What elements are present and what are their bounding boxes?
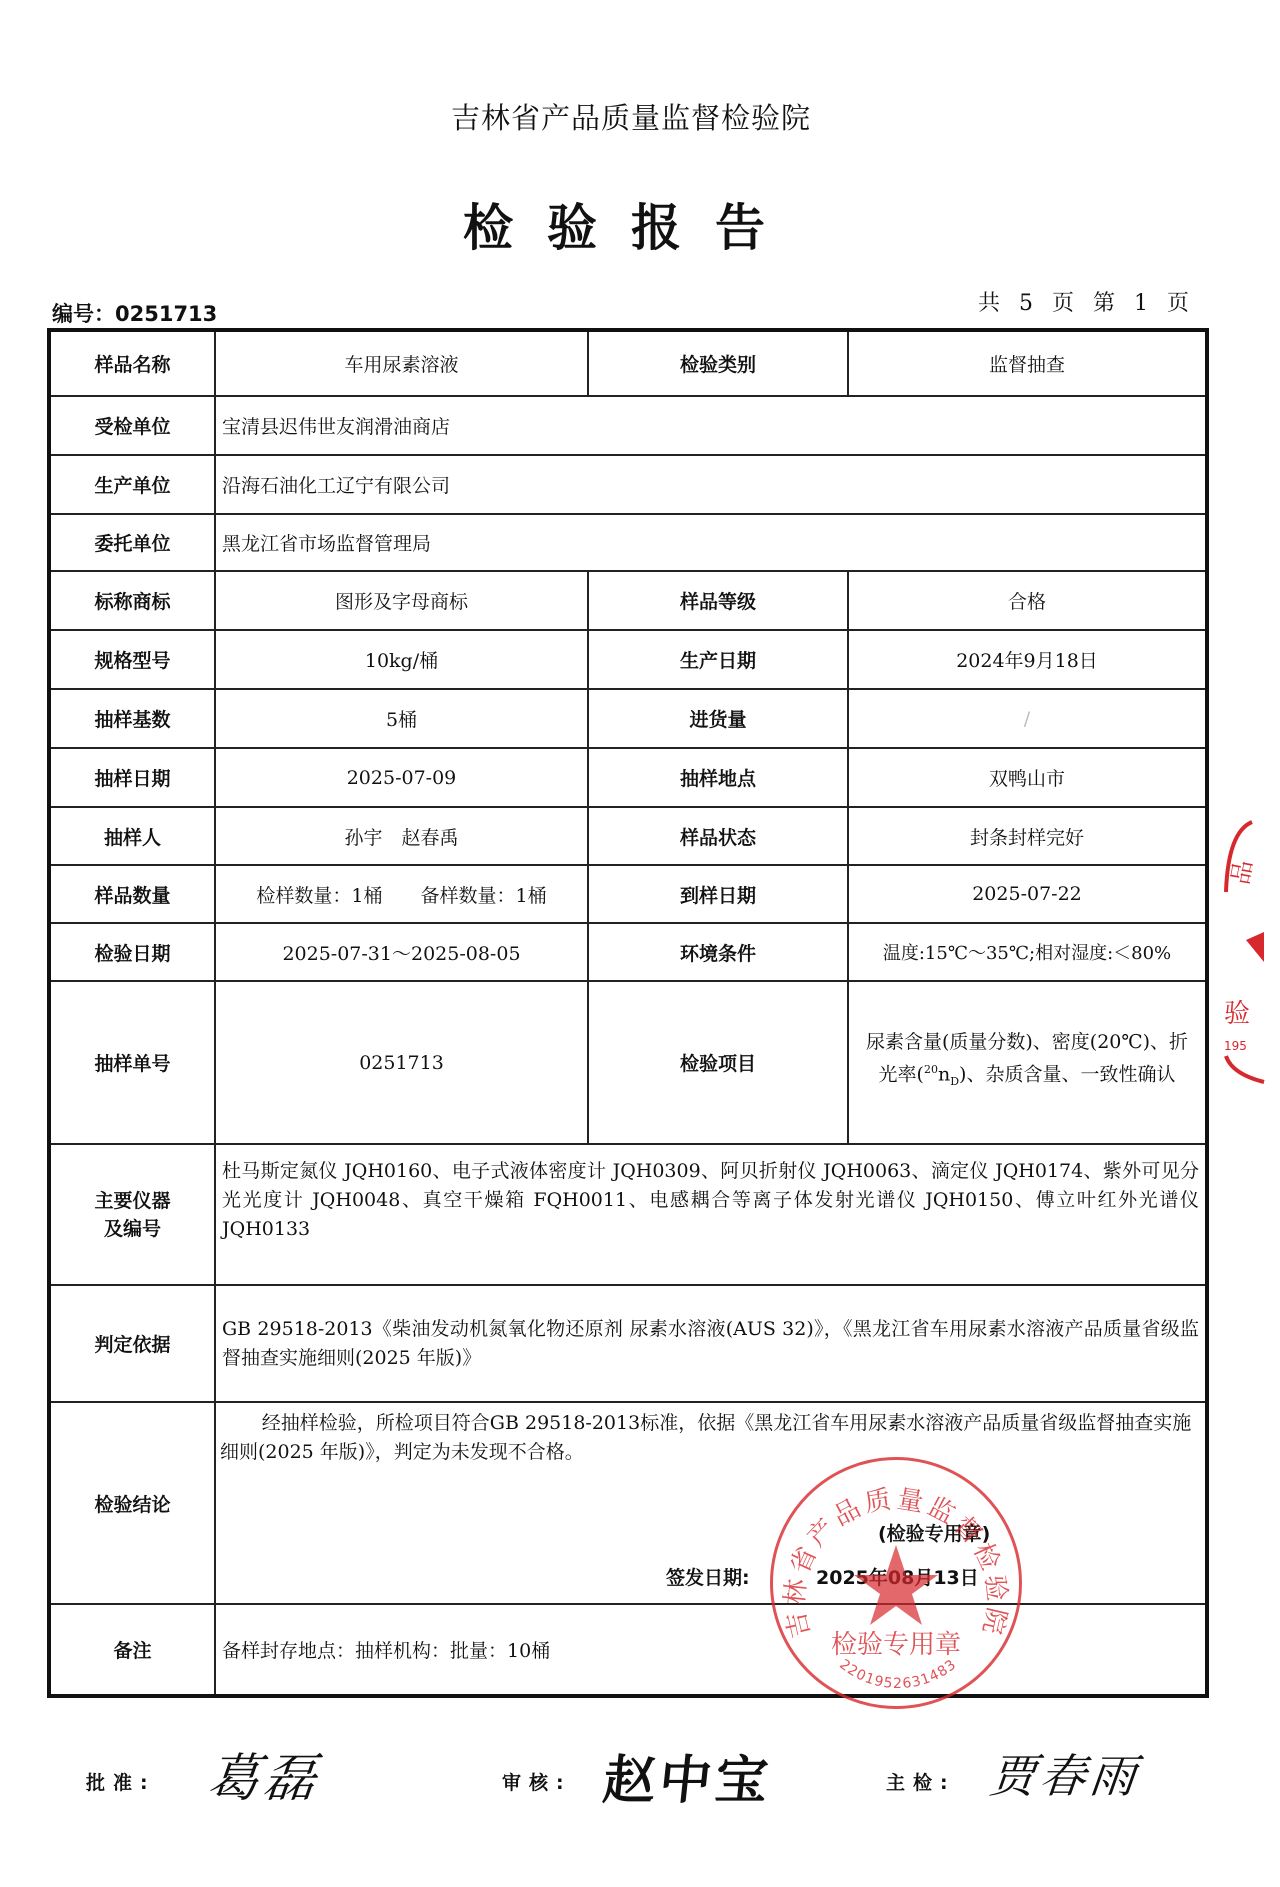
refraction-temp-superscript: 20	[924, 1063, 938, 1076]
approver-signature: 葛磊	[204, 1736, 324, 1811]
issue-date-label: 签发日期:	[666, 1563, 750, 1590]
table-row: 判定依据 GB 29518-2013《柴油发动机氮氧化物还原剂 尿素水溶液(AU…	[49, 1285, 1207, 1402]
purchase-qty-value: /	[848, 689, 1207, 748]
reviewer-signature: 赵中宝	[600, 1738, 776, 1813]
inspection-type-value: 监督抽查	[848, 330, 1207, 396]
commissioner-label: 委托单位	[49, 514, 215, 571]
basis-value: GB 29518-2013《柴油发动机氮氧化物还原剂 尿素水溶液(AUS 32)…	[215, 1285, 1207, 1402]
test-items-value: 尿素含量(质量分数)、密度(20℃)、折 光率(20nD)、杂质含量、一致性确认	[848, 981, 1207, 1144]
spec-label: 规格型号	[49, 630, 215, 689]
document-title: 检验报告	[0, 188, 1262, 260]
cross-page-seal-fragment: 品 验 195	[1222, 812, 1266, 1084]
trademark-value: 图形及字母商标	[215, 571, 588, 630]
seal-fragment-text: 验	[1224, 999, 1250, 1029]
sampling-place-value: 双鸭山市	[848, 748, 1207, 807]
instruments-label: 主要仪器 及编号	[49, 1144, 215, 1285]
arrival-date-value: 2025-07-22	[848, 865, 1207, 923]
test-items-label: 检验项目	[588, 981, 848, 1144]
table-row: 抽样单号 0251713 检验项目 尿素含量(质量分数)、密度(20℃)、折 光…	[49, 981, 1207, 1144]
organization-name: 吉林省产品质量监督检验院	[0, 96, 1262, 137]
producer-value: 沿海石油化工辽宁有限公司	[215, 455, 1207, 514]
table-row: 标称商标 图形及字母商标 样品等级 合格	[49, 571, 1207, 630]
test-items-text: 光率(	[879, 1064, 924, 1086]
grade-label: 样品等级	[588, 571, 848, 630]
remarks-label: 备注	[49, 1604, 215, 1696]
sample-state-value: 封条封样完好	[848, 807, 1207, 865]
test-date-label: 检验日期	[49, 923, 215, 981]
test-date-value: 2025-07-31～2025-08-05	[215, 923, 588, 981]
spec-value: 10kg/桶	[215, 630, 588, 689]
producer-label: 生产单位	[49, 455, 215, 514]
sample-qty-value: 检样数量：1桶 备样数量：1桶	[215, 865, 588, 923]
conclusion-text: 经抽样检验，所检项目符合GB 29518-2013标准，依据《黑龙江省车用尿素水…	[220, 1409, 1201, 1467]
commissioner-value: 黑龙江省市场监督管理局	[215, 514, 1207, 571]
inspector-label: 主检:	[886, 1768, 956, 1795]
report-number-label: 编号：	[52, 302, 115, 326]
purchase-qty-label: 进货量	[588, 689, 848, 748]
report-number-value: 0251713	[115, 302, 217, 326]
sampler-value: 孙宇 赵春禹	[215, 807, 588, 865]
instruments-label-line-2: 及编号	[57, 1215, 208, 1243]
sample-name-label: 样品名称	[49, 330, 215, 396]
trademark-label: 标称商标	[49, 571, 215, 630]
instruments-label-line-1: 主要仪器	[57, 1187, 208, 1215]
table-row: 规格型号 10kg/桶 生产日期 2024年9月18日	[49, 630, 1207, 689]
table-row: 样品数量 检样数量：1桶 备样数量：1桶 到样日期 2025-07-22	[49, 865, 1207, 923]
remarks-value: 备样封存地点：抽样机构：批量：10桶	[215, 1604, 1207, 1696]
table-row: 生产单位 沿海石油化工辽宁有限公司	[49, 455, 1207, 514]
sampling-no-label: 抽样单号	[49, 981, 215, 1144]
basis-label: 判定依据	[49, 1285, 215, 1402]
arrival-date-label: 到样日期	[588, 865, 848, 923]
seal-note: (检验专用章)	[878, 1519, 990, 1546]
sampling-place-label: 抽样地点	[588, 748, 848, 807]
test-items-line-1: 尿素含量(质量分数)、密度(20℃)、折	[855, 1028, 1199, 1056]
inspection-type-label: 检验类别	[588, 330, 848, 396]
conclusion-label: 检验结论	[49, 1402, 215, 1604]
sample-name-value: 车用尿素溶液	[215, 330, 588, 396]
sampling-base-label: 抽样基数	[49, 689, 215, 748]
page-indicator: 共 5 页 第 1 页	[978, 286, 1195, 317]
environment-label: 环境条件	[588, 923, 848, 981]
production-date-label: 生产日期	[588, 630, 848, 689]
instruments-value: 杜马斯定氮仪 JQH0160、电子式液体密度计 JQH0309、阿贝折射仪 JQ…	[215, 1144, 1207, 1285]
sampling-date-value: 2025-07-09	[215, 748, 588, 807]
sampler-label: 抽样人	[49, 807, 215, 865]
table-row: 检验日期 2025-07-31～2025-08-05 环境条件 温度:15℃～3…	[49, 923, 1207, 981]
issue-date-value: 2025年08月13日	[816, 1563, 979, 1590]
environment-value: 温度:15℃～35℃;相对湿度:＜80%	[848, 923, 1207, 981]
report-number: 编号：0251713	[52, 298, 217, 328]
table-row: 抽样日期 2025-07-09 抽样地点 双鸭山市	[49, 748, 1207, 807]
sampling-base-value: 5桶	[215, 689, 588, 748]
refraction-subscript: D	[950, 1076, 959, 1089]
table-row: 备注 备样封存地点：抽样机构：批量：10桶	[49, 1604, 1207, 1696]
sampling-no-value: 0251713	[215, 981, 588, 1144]
table-row: 受检单位 宝清县迟伟世友润滑油商店	[49, 396, 1207, 455]
inspected-unit-label: 受检单位	[49, 396, 215, 455]
production-date-value: 2024年9月18日	[848, 630, 1207, 689]
table-row: 委托单位 黑龙江省市场监督管理局	[49, 514, 1207, 571]
reviewer-label: 审核:	[502, 1768, 572, 1795]
report-table: 样品名称 车用尿素溶液 检验类别 监督抽查 受检单位 宝清县迟伟世友润滑油商店 …	[47, 328, 1209, 1698]
table-row: 检验结论 经抽样检验，所检项目符合GB 29518-2013标准，依据《黑龙江省…	[49, 1402, 1207, 1604]
sample-state-label: 样品状态	[588, 807, 848, 865]
approver-label: 批准:	[86, 1768, 156, 1795]
inspected-unit-value: 宝清县迟伟世友润滑油商店	[215, 396, 1207, 455]
sample-qty-label: 样品数量	[49, 865, 215, 923]
table-row: 抽样基数 5桶 进货量 /	[49, 689, 1207, 748]
grade-value: 合格	[848, 571, 1207, 630]
conclusion-cell: 经抽样检验，所检项目符合GB 29518-2013标准，依据《黑龙江省车用尿素水…	[215, 1402, 1207, 1604]
seal-fragment-number: 195	[1224, 1039, 1247, 1053]
seal-fragment-icon: 品 验 195	[1222, 812, 1266, 1084]
refraction-symbol: n	[938, 1064, 950, 1086]
table-row: 主要仪器 及编号 杜马斯定氮仪 JQH0160、电子式液体密度计 JQH0309…	[49, 1144, 1207, 1285]
test-items-line-2: 光率(20nD)、杂质含量、一致性确认	[855, 1056, 1199, 1096]
table-row: 抽样人 孙宇 赵春禹 样品状态 封条封样完好	[49, 807, 1207, 865]
table-row: 样品名称 车用尿素溶液 检验类别 监督抽查	[49, 330, 1207, 396]
seal-fragment-text: 品	[1226, 858, 1258, 886]
inspector-signature: 贾春雨	[987, 1740, 1144, 1806]
sampling-date-label: 抽样日期	[49, 748, 215, 807]
test-items-text: )、杂质含量、一致性确认	[959, 1064, 1175, 1086]
